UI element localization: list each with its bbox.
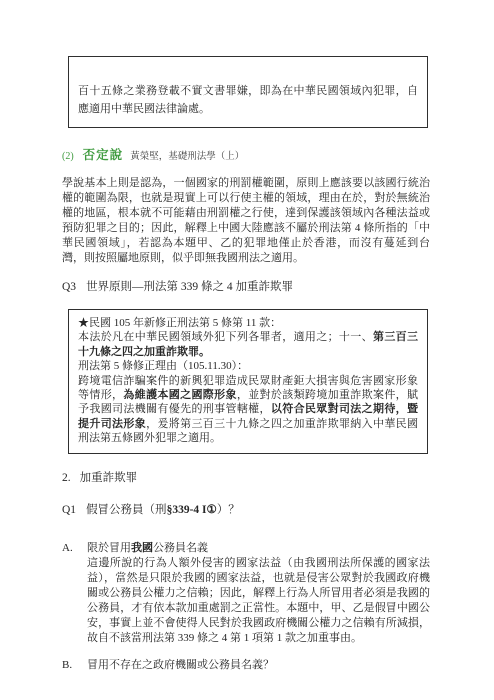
question-q1: Q1 假冒公務員（刑§339-4 I①）？ bbox=[62, 503, 430, 518]
point-b: B. 冒用不存在之政府機關或公務員名義？ bbox=[62, 658, 430, 673]
statute-amendment-box: ★民國 105 年新修正刑法第 5 條第 11 款： 本法於凡在中華民國領域外犯… bbox=[68, 309, 428, 454]
heading-negation-theory: (2) 否定說 黃榮堅，基礎刑法學（上） bbox=[62, 148, 430, 165]
numbered-item-aggravated-fraud: 2. 加重詐欺罪 bbox=[62, 471, 430, 486]
heading-citation: 黃榮堅，基礎刑法學（上） bbox=[130, 150, 244, 165]
point-b-title: 冒用不存在之政府機關或公務員名義？ bbox=[87, 658, 274, 673]
heading-title: 否定說 bbox=[83, 148, 124, 163]
page-content: 百十五條之業務登載不實文書罪嫌，即為在中華民國領域內犯罪，自應適用中華民國法律論… bbox=[0, 0, 494, 673]
item-number: 2. bbox=[62, 471, 71, 486]
question-q3: Q3 世界原則—刑法第 339 條之 4 加重詐欺罪 bbox=[62, 280, 430, 295]
point-a-marker: A. bbox=[62, 541, 87, 556]
q1-label: Q1 bbox=[62, 503, 76, 518]
point-a-heading: A. 限於冒用我國公務員名義 bbox=[62, 541, 430, 556]
negation-theory-paragraph: 學說基本上則是認為，一個國家的刑罰權範圍，原則上應該要以該國行統治權的範圍為限，… bbox=[62, 176, 430, 266]
point-a-title: 限於冒用我國公務員名義 bbox=[87, 541, 208, 556]
carryover-text: 百十五條之業務登載不實文書罪嫌，即為在中華民國領域內犯罪，自應適用中華民國法律論… bbox=[78, 85, 418, 115]
document-page: 百十五條之業務登載不實文書罪嫌，即為在中華民國領域內犯罪，自應適用中華民國法律論… bbox=[0, 0, 494, 700]
point-a-body: 這邊所說的行為人額外侵害的國家法益（由我國刑法所保護的國家法益），當然是只限於我… bbox=[87, 556, 430, 646]
q1-title: 假冒公務員（刑§339-4 I①）？ bbox=[86, 503, 240, 518]
carryover-text-box: 百十五條之業務登載不實文書罪嫌，即為在中華民國領域內犯罪，自應適用中華民國法律論… bbox=[68, 56, 428, 128]
item-title: 加重詐欺罪 bbox=[80, 471, 138, 486]
heading-number: (2) bbox=[62, 149, 74, 164]
point-b-heading: B. 冒用不存在之政府機關或公務員名義？ bbox=[62, 658, 430, 673]
point-a: A. 限於冒用我國公務員名義 這邊所說的行為人額外侵害的國家法益（由我國刑法所保… bbox=[62, 541, 430, 646]
statute-box-wrap: ★民國 105 年新修正刑法第 5 條第 11 款： 本法於凡在中華民國領域外犯… bbox=[62, 309, 430, 454]
q3-title: 世界原則—刑法第 339 條之 4 加重詐欺罪 bbox=[86, 280, 293, 295]
point-b-marker: B. bbox=[62, 658, 87, 673]
q3-label: Q3 bbox=[62, 280, 76, 295]
